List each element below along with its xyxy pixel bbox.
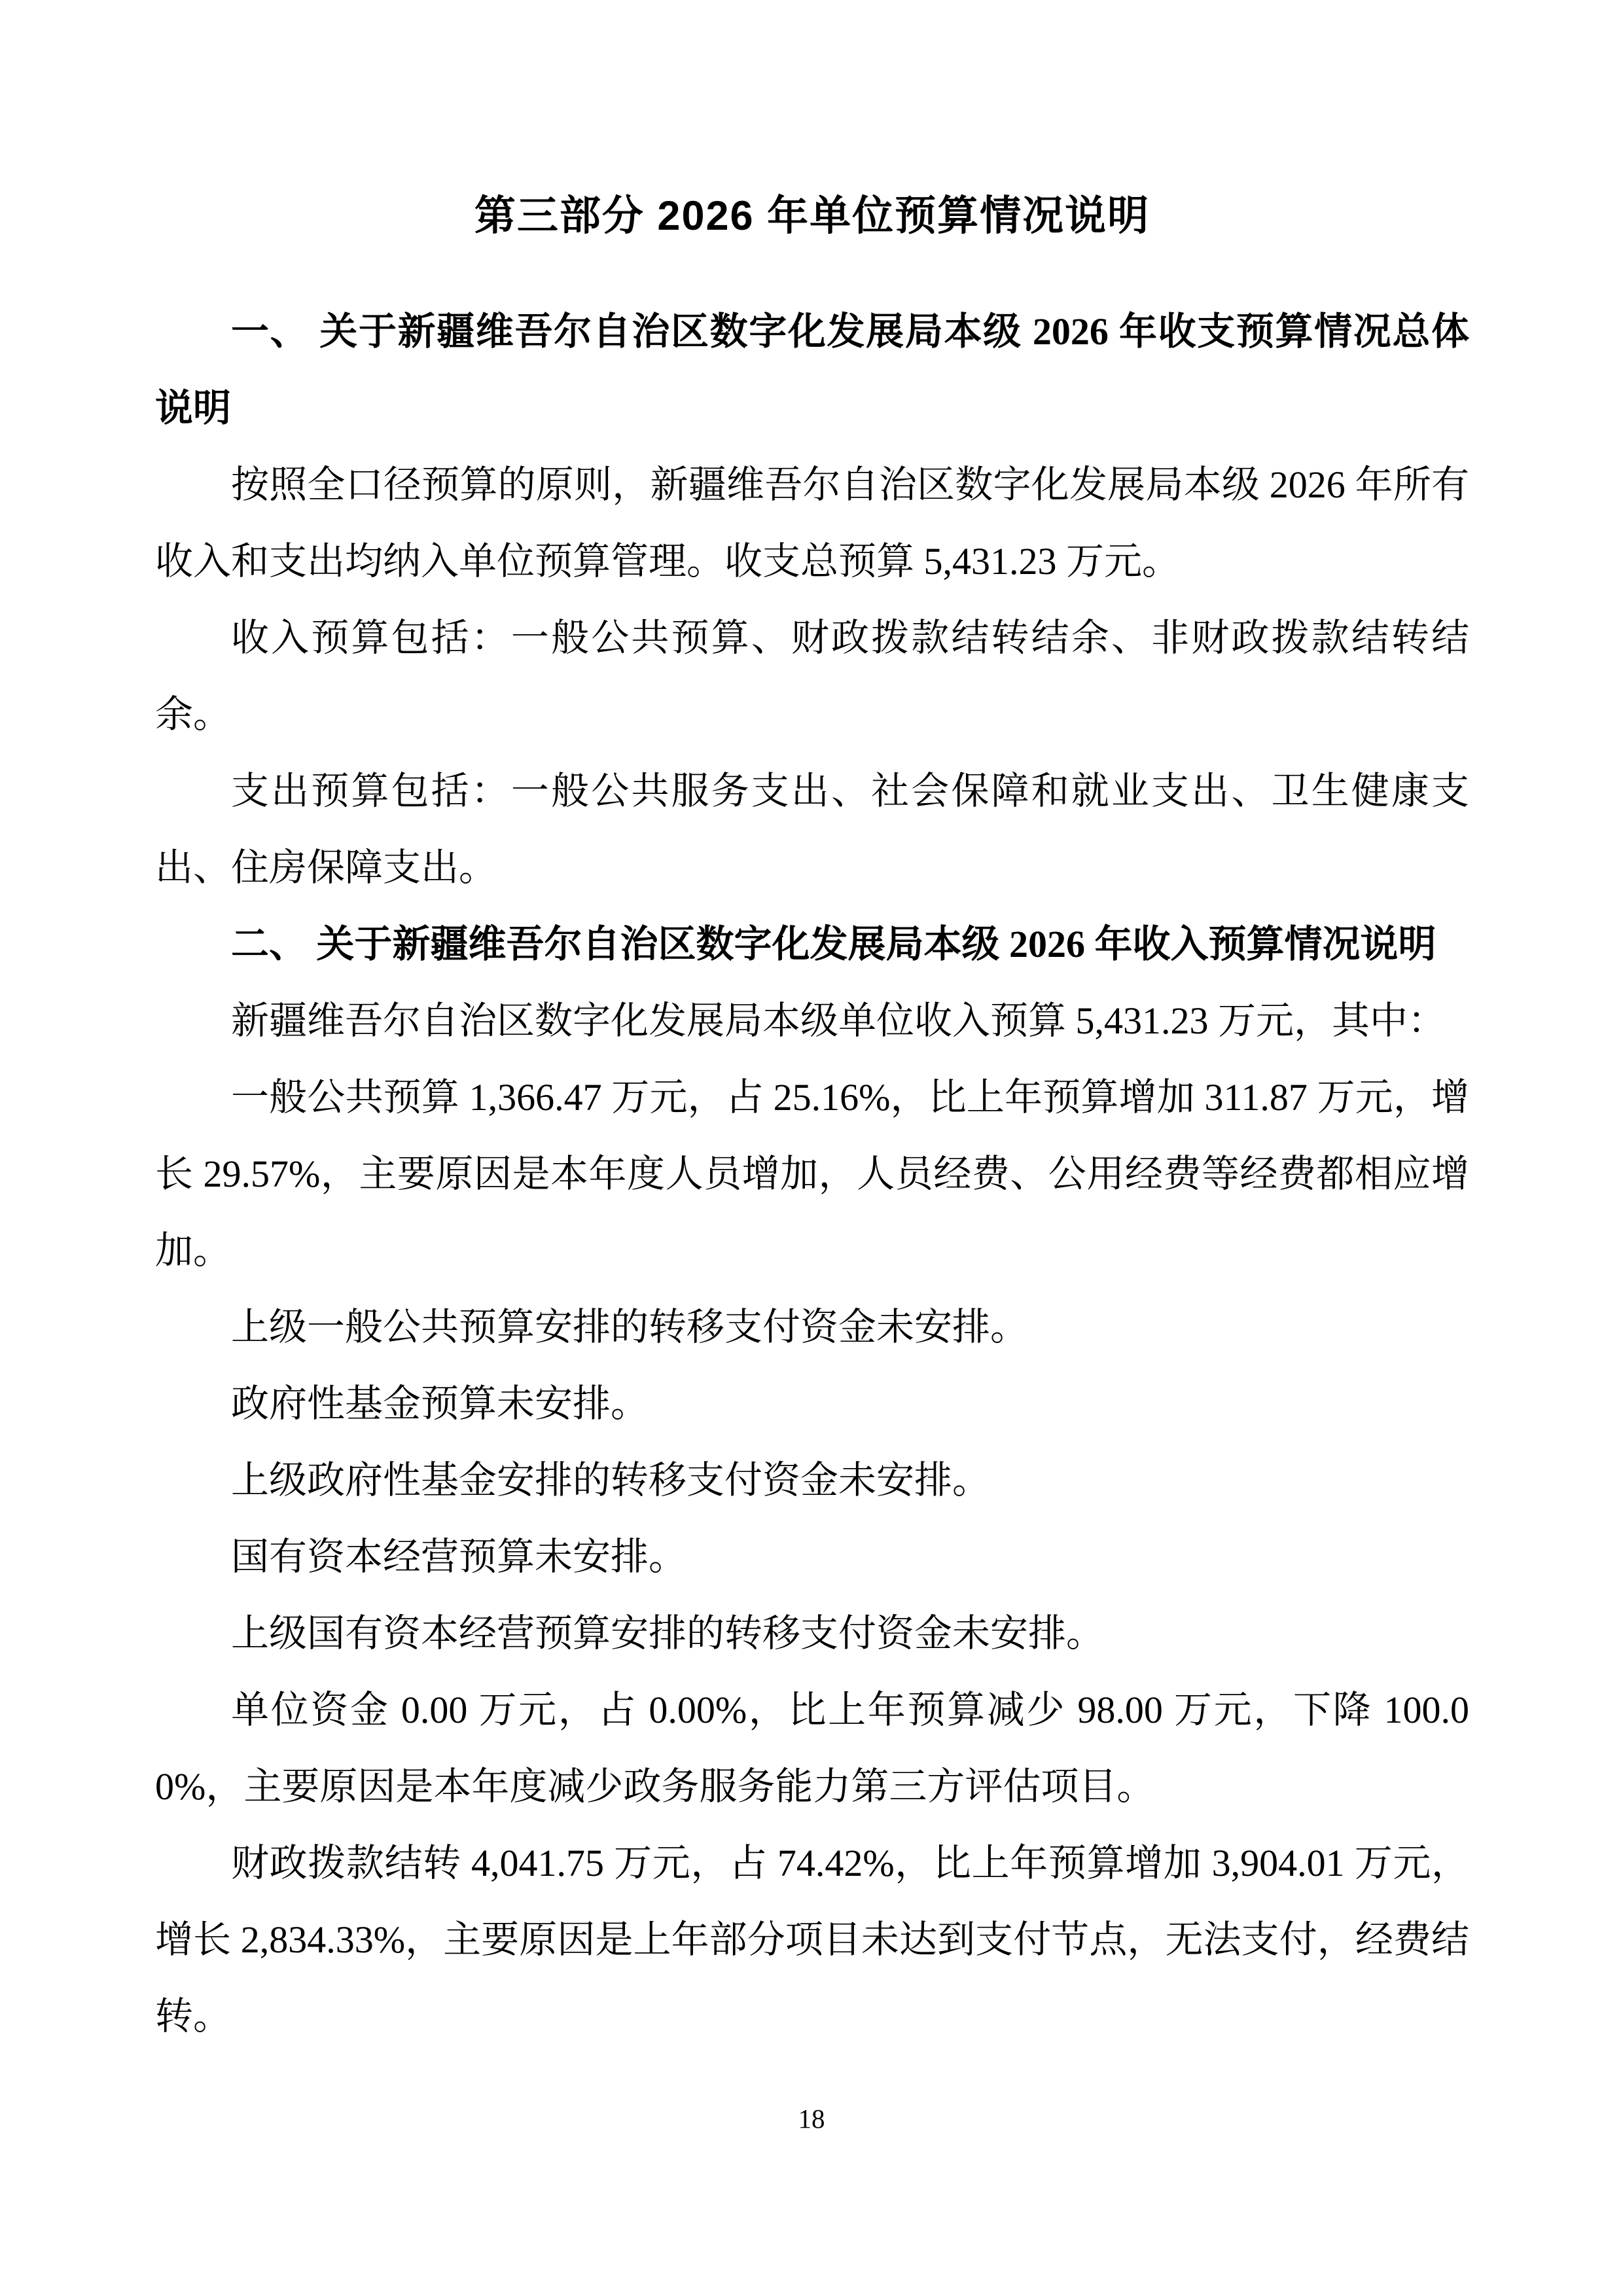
paragraph: 上级政府性基金安排的转移支付资金未安排。 — [155, 1442, 1469, 1518]
paragraph: 政府性基金预算未安排。 — [155, 1365, 1469, 1442]
paragraph: 上级一般公共预算安排的转移支付资金未安排。 — [155, 1289, 1469, 1365]
paragraph: 单位资金 0.00 万元，占 0.00%，比上年预算减少 98.00 万元，下降… — [155, 1672, 1469, 1825]
page-content: 第三部分 2026 年单位预算情况说明 一、 关于新疆维吾尔自治区数字化发展局本… — [0, 0, 1623, 2054]
section-heading-2: 二、 关于新疆维吾尔自治区数字化发展局本级 2026 年收入预算情况说明 — [155, 906, 1469, 982]
paragraph: 上级国有资本经营预算安排的转移支付资金未安排。 — [155, 1595, 1469, 1672]
section-heading-1: 一、 关于新疆维吾尔自治区数字化发展局本级 2026 年收支预算情况总体说明 — [155, 293, 1469, 446]
document-page: 第三部分 2026 年单位预算情况说明 一、 关于新疆维吾尔自治区数字化发展局本… — [0, 0, 1623, 2296]
paragraph: 财政拨款结转 4,041.75 万元，占 74.42%，比上年预算增加 3,90… — [155, 1825, 1469, 2054]
document-title: 第三部分 2026 年单位预算情况说明 — [155, 173, 1469, 259]
page-number: 18 — [0, 2100, 1623, 2138]
paragraph: 国有资本经营预算未安排。 — [155, 1518, 1469, 1595]
paragraph: 一般公共预算 1,366.47 万元，占 25.16%，比上年预算增加 311.… — [155, 1059, 1469, 1289]
paragraph: 支出预算包括：一般公共服务支出、社会保障和就业支出、卫生健康支出、住房保障支出。 — [155, 753, 1469, 906]
paragraph: 收入预算包括：一般公共预算、财政拨款结转结余、非财政拨款结转结余。 — [155, 600, 1469, 753]
paragraph: 按照全口径预算的原则，新疆维吾尔自治区数字化发展局本级 2026 年所有收入和支… — [155, 446, 1469, 600]
paragraph: 新疆维吾尔自治区数字化发展局本级单位收入预算 5,431.23 万元，其中： — [155, 982, 1469, 1059]
